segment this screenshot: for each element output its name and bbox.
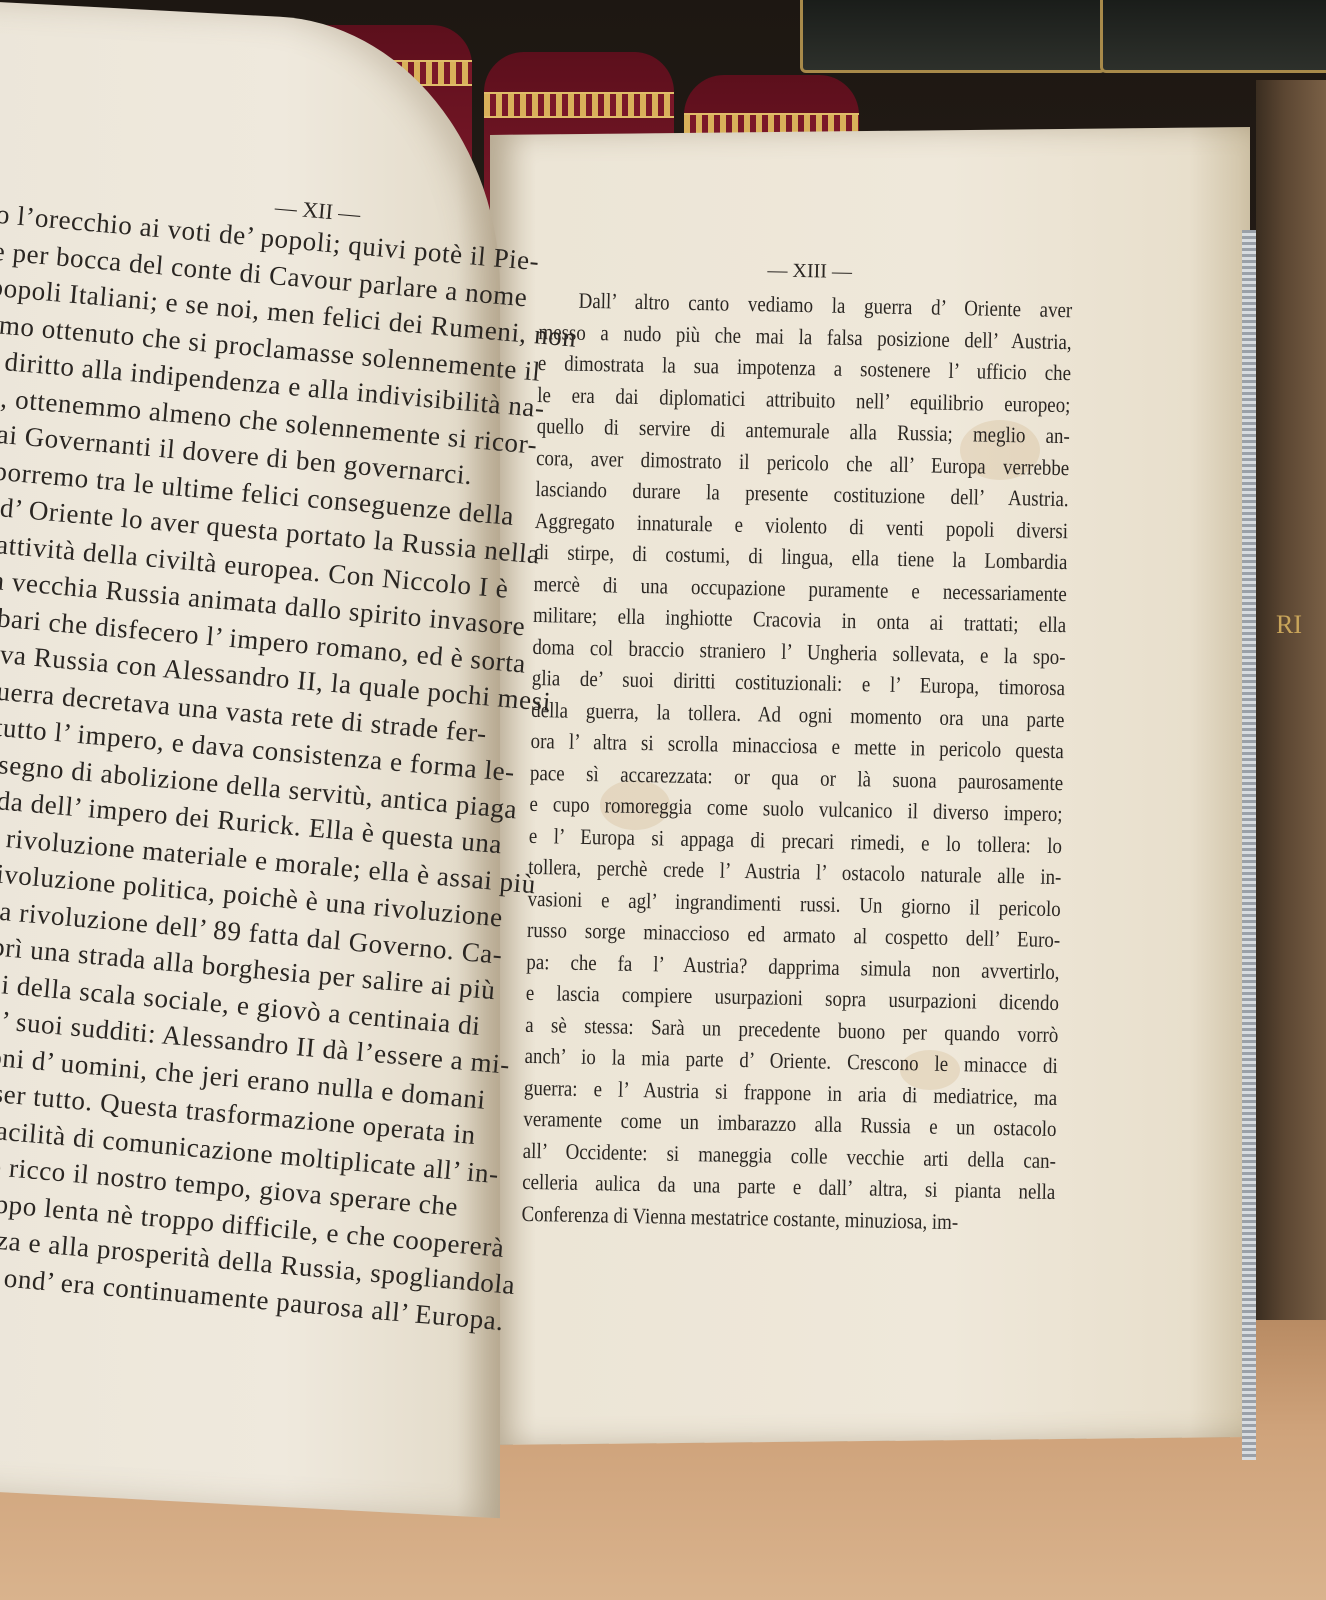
left-page-text: — XII — o l’orecchio ai voti de’ popoli;… xyxy=(0,170,518,1332)
top-shelf-book xyxy=(800,0,1106,73)
top-shelf-book xyxy=(1100,0,1326,73)
page-edge-bookmark xyxy=(1242,230,1256,1460)
right-page-text: — XIII — Dall’ altro canto vediamo la gu… xyxy=(521,255,1080,1239)
spine-label: RI xyxy=(1276,610,1302,640)
side-book-spine: RI xyxy=(1256,80,1326,1320)
